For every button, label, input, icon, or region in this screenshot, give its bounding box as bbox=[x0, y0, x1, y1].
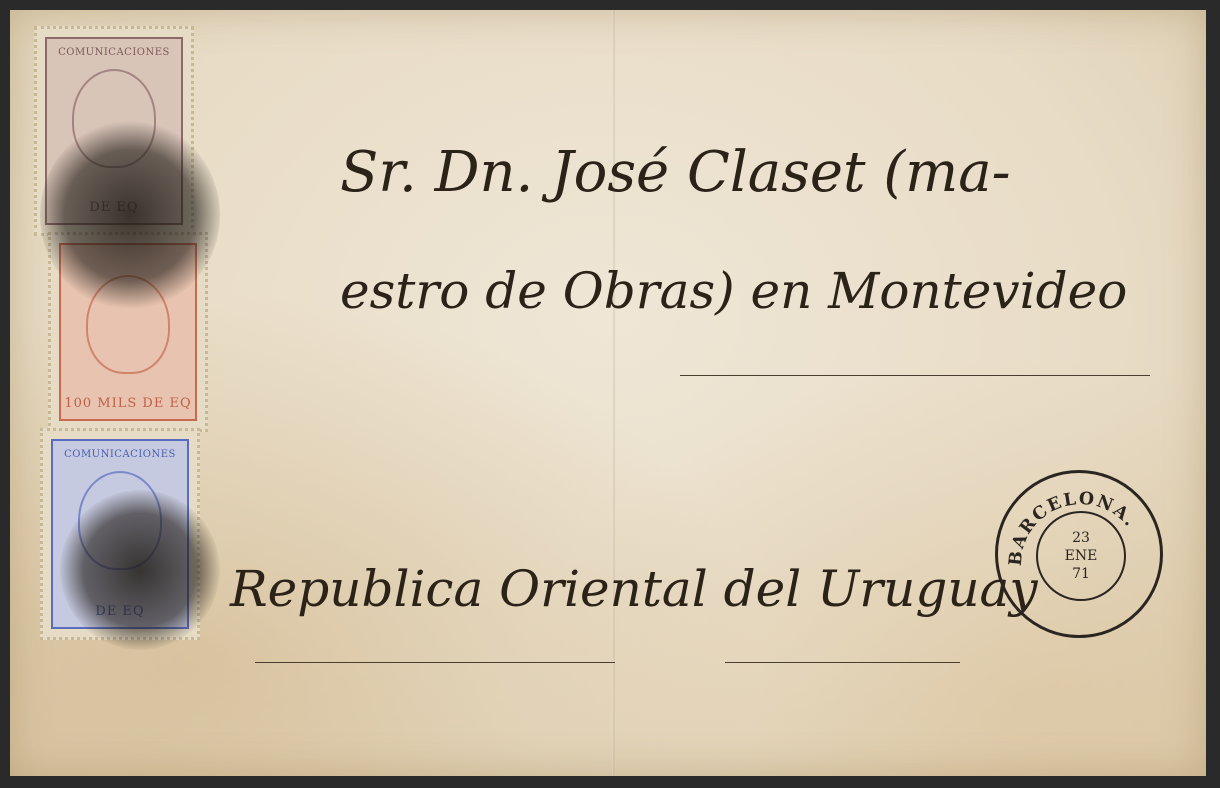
underline bbox=[725, 662, 960, 663]
underline bbox=[680, 375, 1150, 376]
stamp-bottom-text: 100 MILS DE EQ bbox=[61, 396, 195, 411]
postmark-day: 23 bbox=[1072, 529, 1090, 547]
postmark-date: 23 ENE 71 bbox=[1036, 511, 1126, 601]
address-line-3: Republica Oriental del Uruguay bbox=[230, 560, 1038, 618]
address-line-2: estro de Obras) en Montevideo bbox=[340, 262, 1127, 320]
stamp-top-text: COMUNICACIONES bbox=[47, 47, 181, 58]
postmark: BARCELONA. 23 ENE 71 bbox=[995, 470, 1163, 638]
postmark-month: ENE bbox=[1065, 547, 1098, 565]
stamp-top-text: COMUNICACIONES bbox=[53, 449, 187, 460]
address-line-1: Sr. Dn. José Claset (ma- bbox=[340, 140, 1011, 205]
cancellation-mark bbox=[60, 490, 220, 650]
underline bbox=[255, 662, 615, 663]
postmark-year: 71 bbox=[1072, 565, 1090, 583]
cancellation-mark bbox=[40, 120, 220, 310]
